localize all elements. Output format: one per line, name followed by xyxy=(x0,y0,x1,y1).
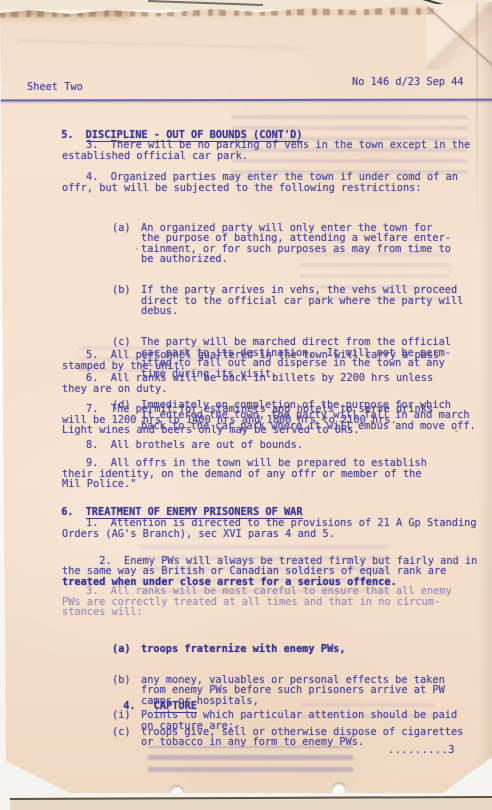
item-a-label: (a) xyxy=(112,644,141,654)
item-b-label: (b) xyxy=(112,285,141,295)
list-item-b: (b)If the party arrives in vehs, the veh… xyxy=(112,285,476,316)
paper-sheet: Sheet Two No 146 d/23 Sep 44 5.DISCIPLIN… xyxy=(0,0,492,797)
sheet-behind-bottom xyxy=(10,796,492,810)
torn-top-smear xyxy=(0,10,130,23)
paragraph-7: 7. The permit for estaminets and hotels … xyxy=(62,404,433,436)
item-i-text: Points to which particular attention sho… xyxy=(141,710,457,731)
item-a-text: troops fraternize with enemy PWs, xyxy=(141,644,346,654)
list-item-a: (a)An organized party will only enter th… xyxy=(112,223,476,265)
doc-reference: No 146 d/23 Sep 44 xyxy=(352,77,464,88)
paragraph-8: 8. All brothels are out of bounds. xyxy=(62,440,303,451)
section6-paragraph-2-normal: 2. Enemy PWs will always be treated firm… xyxy=(62,555,477,578)
paragraph-3: 3. There will be no parking of vehs in t… xyxy=(62,140,470,161)
item-b-text: If the party arrives in vehs, the vehs w… xyxy=(141,285,463,316)
item-a-label: (a) xyxy=(112,223,141,233)
item-i-label: (i) xyxy=(112,710,141,721)
capture-item-i: (i)Points to which particular attention … xyxy=(112,710,457,731)
right-edge-shadow xyxy=(478,0,492,797)
item-b-label: (b) xyxy=(112,675,141,685)
paper-wrinkle xyxy=(18,40,308,49)
list-item-a: (a)troops fraternize with enemy PWs, xyxy=(112,644,463,654)
section6-number: 6. xyxy=(61,506,73,518)
scanned-document: Sheet Two No 146 d/23 Sep 44 5.DISCIPLIN… xyxy=(0,0,492,810)
section6-paragraph-3: 3. All ranks will be most careful to ens… xyxy=(62,586,452,618)
section5-number: 5. xyxy=(61,129,73,141)
item-c-label: (c) xyxy=(112,337,141,347)
paragraph-4: 4. Organized parties may enter the town … xyxy=(62,172,458,193)
paragraph-5: 5. All personnel quartered in the town w… xyxy=(62,350,439,371)
item-a-text: An organized party will only enter the t… xyxy=(141,223,451,265)
paragraph-9: 9. All offrs in the town will be prepare… xyxy=(62,458,427,490)
punch-hole xyxy=(332,782,346,796)
page-continuation-number: .........3 xyxy=(388,745,455,756)
section6-paragraph-1: 1. Attention is directed to the provisio… xyxy=(62,518,477,539)
header-rule xyxy=(0,99,492,102)
paragraph-6: 6. All ranks will be back in billets by … xyxy=(62,373,433,394)
sheet-label: Sheet Two xyxy=(27,82,83,93)
